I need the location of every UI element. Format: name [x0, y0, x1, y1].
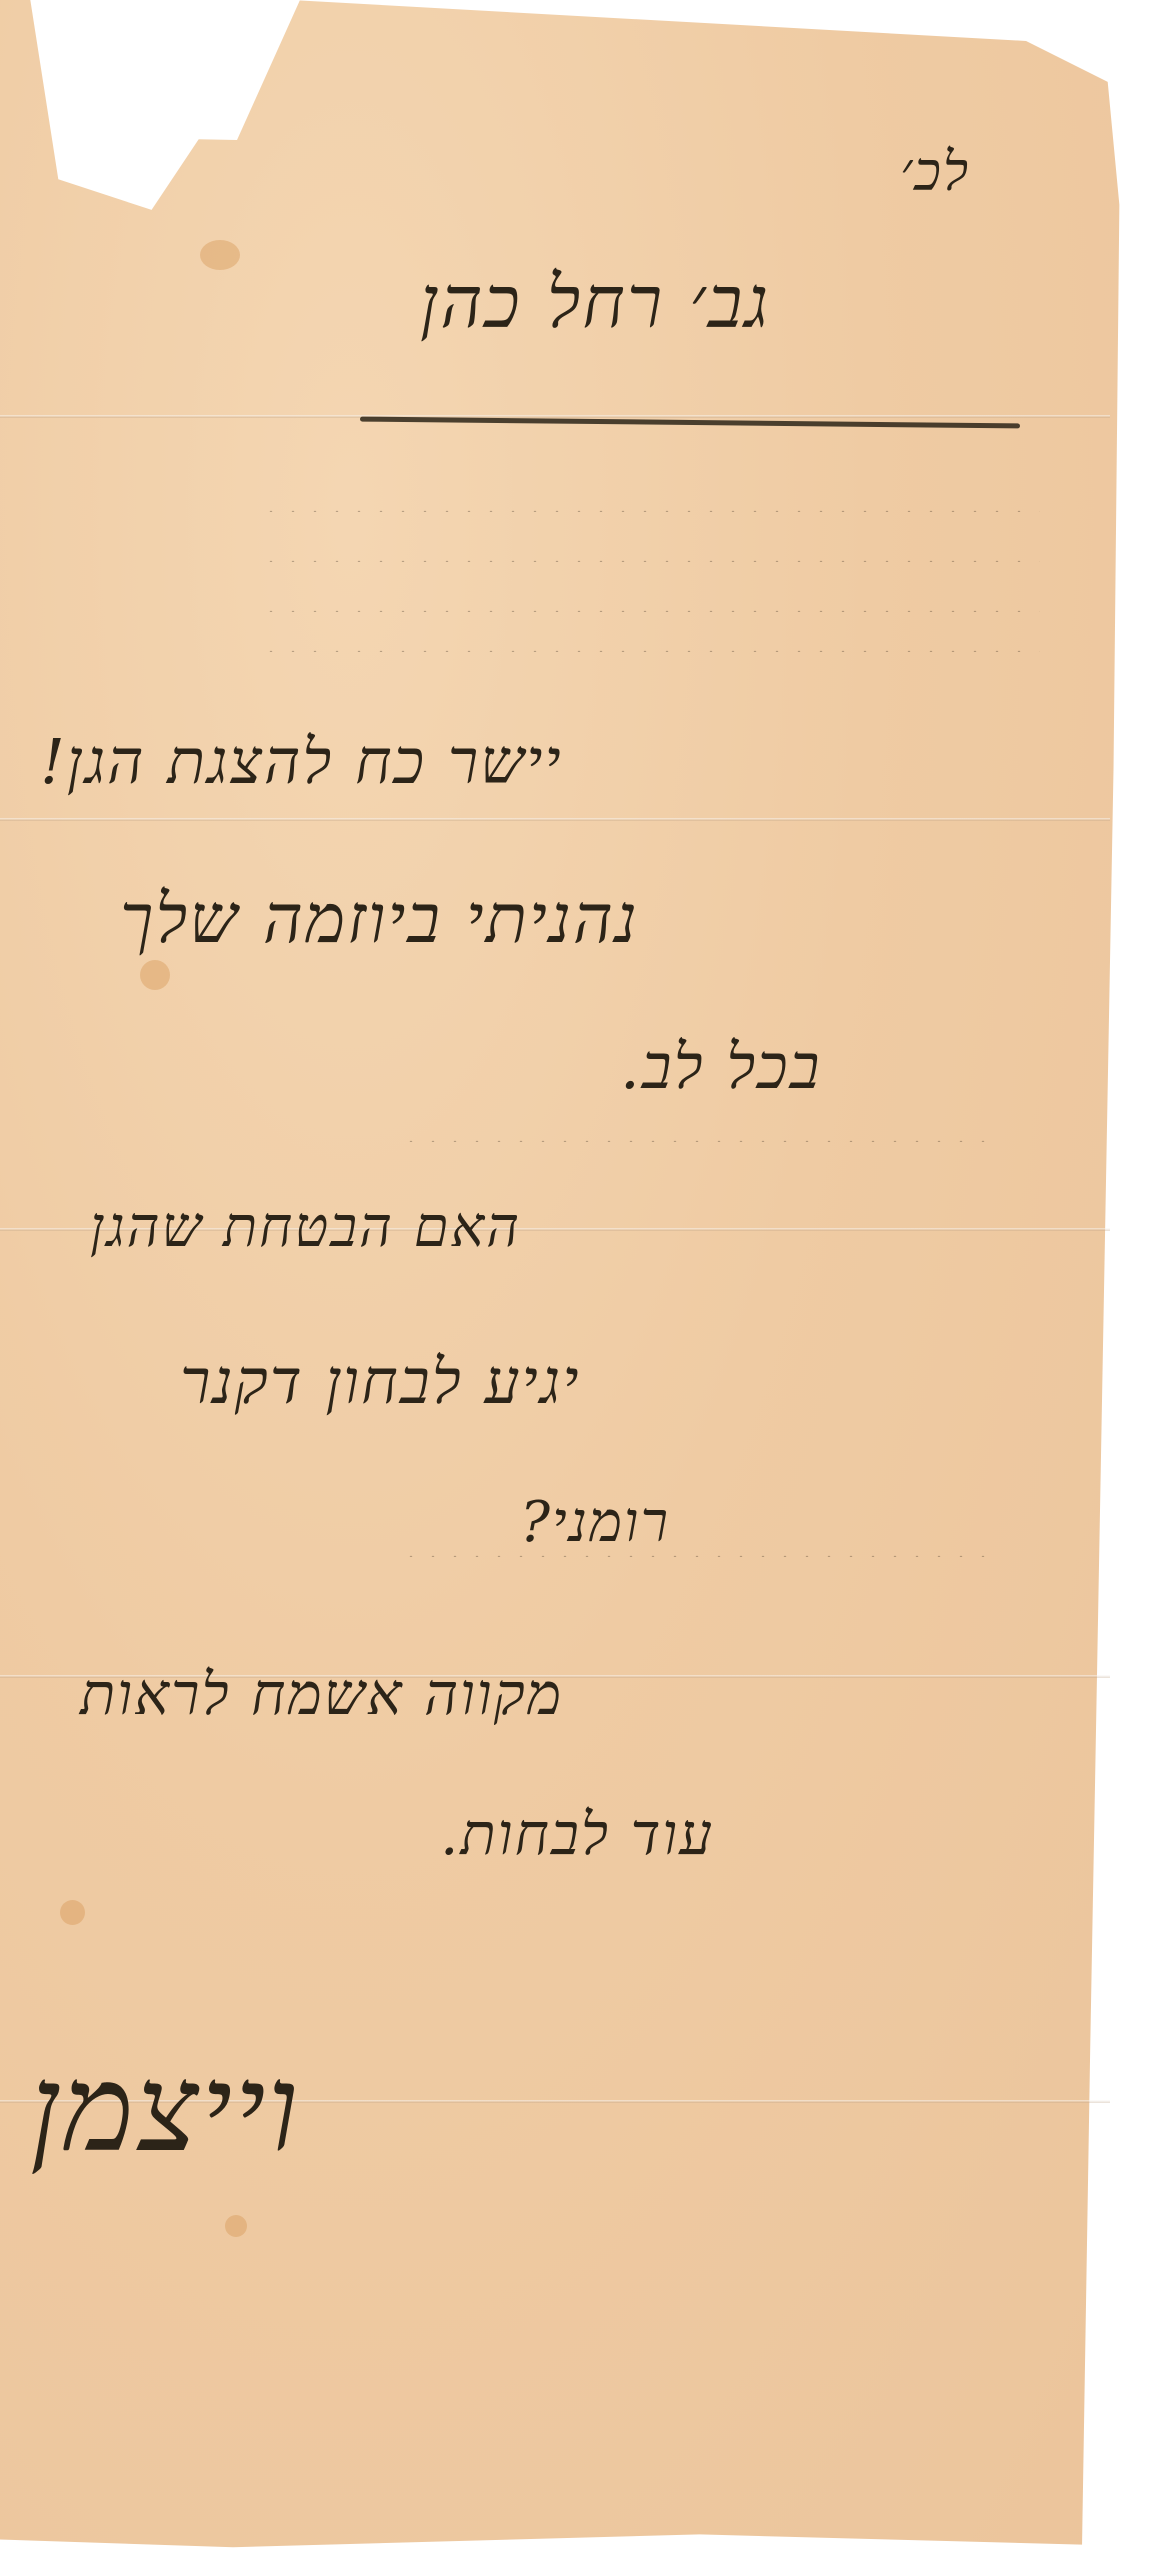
body-line-1: יישר כח להצגת הגן!: [40, 725, 563, 799]
body-line-6: רומני?: [520, 1490, 670, 1555]
body-line-8: עוד לבחות.: [440, 1800, 714, 1868]
paper-stain: [225, 2215, 247, 2237]
faded-print: [400, 1140, 1000, 1142]
body-line-4: האם הבטחת שהגן: [90, 1195, 521, 1260]
fold-line: [0, 818, 1110, 821]
paper-stain: [60, 1900, 85, 1925]
recipient-name: גב׳ רחל כהן: [420, 260, 770, 345]
fold-line: [0, 415, 1110, 418]
faded-print: [400, 1555, 1000, 1557]
body-line-5: יגיע לבחון דקנר: [180, 1345, 581, 1419]
paper-stain: [140, 960, 170, 990]
body-line-2: נהניתי ביוזמה שלך: [120, 880, 639, 959]
faded-print: [260, 610, 1040, 612]
body-line-3: בכל לב.: [620, 1030, 821, 1104]
salutation-to: לכ׳: [900, 140, 970, 203]
signature: וייצמן: [30, 2040, 300, 2179]
faded-print: [260, 510, 1040, 512]
faded-print: [260, 650, 1040, 652]
faded-print: [260, 560, 1040, 562]
paper-stain: [200, 240, 240, 270]
body-line-7: מקווה אשמח לראות: [80, 1660, 563, 1728]
